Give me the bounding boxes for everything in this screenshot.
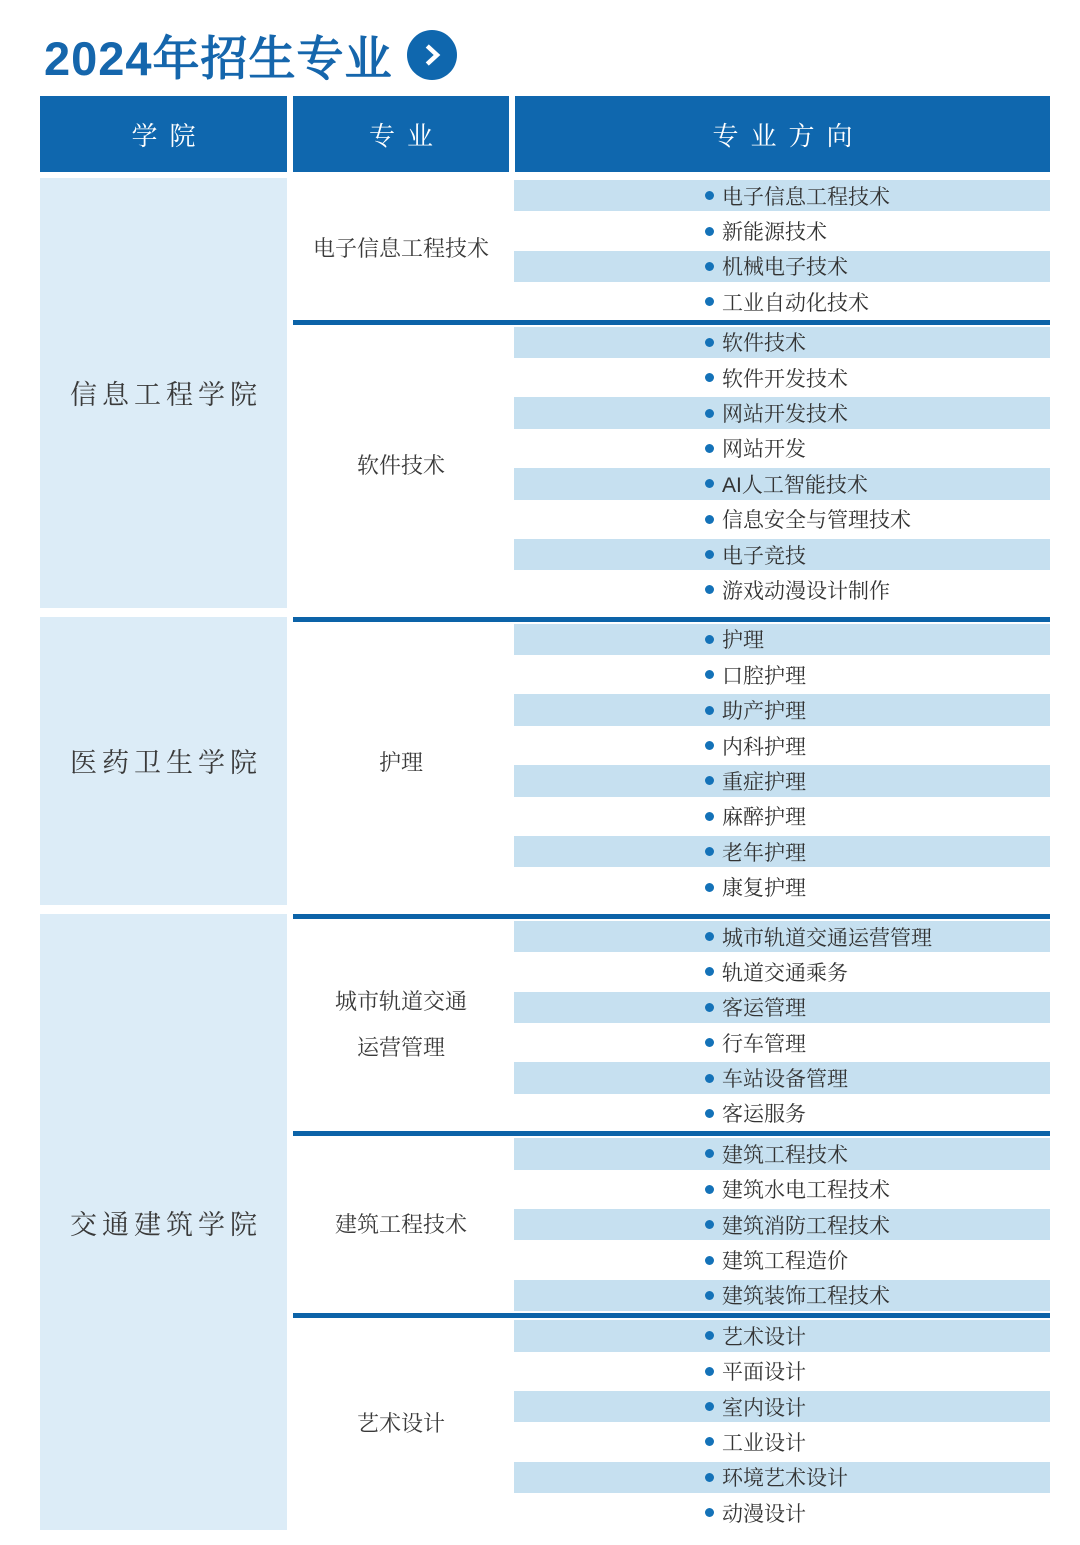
direction-row: 重症护理: [514, 763, 1050, 798]
direction-row: 网站开发技术: [514, 395, 1050, 430]
bullet-icon: [705, 1149, 714, 1158]
direction-row: 康复护理: [514, 869, 1050, 904]
bullet-icon: [705, 1220, 714, 1229]
majors-column: 护理护理口腔护理助产护理内科护理重症护理麻醉护理老年护理康复护理: [293, 617, 1050, 905]
header-direction: 专业方向: [515, 96, 1050, 172]
major-name: 城市轨道交通 运营管理: [293, 919, 509, 1131]
bullet-icon: [705, 1074, 714, 1083]
direction-label: 机械电子技术: [722, 251, 848, 281]
direction-label: 平面设计: [722, 1356, 806, 1386]
direction-label: 口腔护理: [722, 660, 806, 690]
bullet-icon: [705, 297, 714, 306]
bullet-icon: [705, 883, 714, 892]
bullet-icon: [705, 812, 714, 821]
major-block: 艺术设计艺术设计平面设计室内设计工业设计环境艺术设计动漫设计: [293, 1313, 1050, 1530]
direction-row: 游戏动漫设计制作: [514, 572, 1050, 607]
bullet-icon: [705, 262, 714, 271]
direction-label: 建筑装饰工程技术: [722, 1280, 890, 1310]
bullet-icon: [705, 1437, 714, 1446]
direction-list: 电子信息工程技术新能源技术机械电子技术工业自动化技术: [514, 178, 1050, 320]
bullet-icon: [705, 1291, 714, 1300]
bullet-icon: [705, 409, 714, 418]
major-block: 护理护理口腔护理助产护理内科护理重症护理麻醉护理老年护理康复护理: [293, 617, 1050, 905]
major-name: 电子信息工程技术: [293, 178, 509, 320]
direction-row: AI人工智能技术: [514, 466, 1050, 501]
bullet-icon: [705, 670, 714, 679]
majors-column: 城市轨道交通 运营管理城市轨道交通运营管理轨道交通乘务客运管理行车管理车站设备管…: [293, 914, 1050, 1531]
direction-label: 建筑水电工程技术: [722, 1174, 890, 1204]
direction-row: 电子信息工程技术: [514, 178, 1050, 213]
direction-row: 软件开发技术: [514, 360, 1050, 395]
bullet-icon: [705, 776, 714, 785]
direction-label: 艺术设计: [722, 1321, 806, 1351]
bullet-icon: [705, 227, 714, 236]
direction-label: 工业设计: [722, 1427, 806, 1457]
direction-label: 助产护理: [722, 695, 806, 725]
major-name: 艺术设计: [293, 1318, 509, 1530]
direction-label: 客运服务: [722, 1098, 806, 1128]
bullet-icon: [705, 515, 714, 524]
direction-row: 网站开发: [514, 431, 1050, 466]
bullet-icon: [705, 1109, 714, 1118]
bullet-icon: [705, 1367, 714, 1376]
direction-label: 城市轨道交通运营管理: [722, 922, 932, 952]
direction-row: 轨道交通乘务: [514, 954, 1050, 989]
direction-row: 工业设计: [514, 1424, 1050, 1459]
direction-row: 平面设计: [514, 1354, 1050, 1389]
direction-label: 电子信息工程技术: [722, 181, 890, 211]
bullet-icon: [705, 1402, 714, 1411]
direction-label: 康复护理: [722, 872, 806, 902]
direction-row: 艺术设计: [514, 1318, 1050, 1353]
bullet-icon: [705, 550, 714, 559]
direction-label: AI人工智能技术: [722, 469, 868, 499]
direction-list: 软件技术软件开发技术网站开发技术网站开发AI人工智能技术信息安全与管理技术电子竞…: [514, 325, 1050, 608]
direction-label: 老年护理: [722, 837, 806, 867]
bullet-icon: [705, 338, 714, 347]
header-college: 学院: [40, 96, 287, 172]
bullet-icon: [705, 932, 714, 941]
college-name: 医药卫生学院: [40, 617, 287, 905]
direction-row: 电子竞技: [514, 537, 1050, 572]
direction-label: 轨道交通乘务: [722, 957, 848, 987]
page-title: 2024年招生专业: [44, 24, 1050, 86]
direction-row: 内科护理: [514, 728, 1050, 763]
direction-label: 电子竞技: [722, 540, 806, 570]
bullet-icon: [705, 635, 714, 644]
direction-label: 车站设备管理: [722, 1063, 848, 1093]
chevron-right-icon: [407, 30, 457, 80]
direction-label: 动漫设计: [722, 1498, 806, 1528]
direction-label: 护理: [722, 624, 764, 654]
header-major: 专业: [293, 96, 509, 172]
major-name: 软件技术: [293, 325, 509, 608]
direction-row: 工业自动化技术: [514, 284, 1050, 319]
table-body: 信息工程学院电子信息工程技术电子信息工程技术新能源技术机械电子技术工业自动化技术…: [40, 178, 1050, 1530]
direction-row: 老年护理: [514, 834, 1050, 869]
major-block: 软件技术软件技术软件开发技术网站开发技术网站开发AI人工智能技术信息安全与管理技…: [293, 320, 1050, 608]
table-header-row: 学院 专业 专业方向: [40, 96, 1050, 172]
majors-column: 电子信息工程技术电子信息工程技术新能源技术机械电子技术工业自动化技术软件技术软件…: [293, 178, 1050, 608]
direction-list: 护理口腔护理助产护理内科护理重症护理麻醉护理老年护理康复护理: [514, 622, 1050, 905]
direction-row: 行车管理: [514, 1025, 1050, 1060]
major-block: 电子信息工程技术电子信息工程技术新能源技术机械电子技术工业自动化技术: [293, 178, 1050, 320]
bullet-icon: [705, 847, 714, 856]
direction-row: 信息安全与管理技术: [514, 502, 1050, 537]
direction-label: 室内设计: [722, 1392, 806, 1422]
direction-label: 内科护理: [722, 731, 806, 761]
direction-row: 麻醉护理: [514, 799, 1050, 834]
college-group: 交通建筑学院城市轨道交通 运营管理城市轨道交通运营管理轨道交通乘务客运管理行车管…: [40, 914, 1050, 1531]
bullet-icon: [705, 585, 714, 594]
direction-row: 建筑水电工程技术: [514, 1172, 1050, 1207]
direction-label: 信息安全与管理技术: [722, 504, 911, 534]
college-name: 交通建筑学院: [40, 914, 287, 1531]
direction-row: 建筑装饰工程技术: [514, 1278, 1050, 1313]
direction-row: 建筑工程技术: [514, 1136, 1050, 1171]
direction-label: 软件技术: [722, 327, 806, 357]
bullet-icon: [705, 191, 714, 200]
bullet-icon: [705, 1331, 714, 1340]
bullet-icon: [705, 1185, 714, 1194]
direction-row: 助产护理: [514, 692, 1050, 727]
bullet-icon: [705, 706, 714, 715]
direction-label: 建筑工程造价: [722, 1245, 848, 1275]
direction-row: 护理: [514, 622, 1050, 657]
page-title-text: 2024年招生专业: [44, 22, 393, 89]
direction-list: 艺术设计平面设计室内设计工业设计环境艺术设计动漫设计: [514, 1318, 1050, 1530]
direction-row: 客运服务: [514, 1096, 1050, 1131]
direction-label: 麻醉护理: [722, 801, 806, 831]
direction-label: 行车管理: [722, 1028, 806, 1058]
bullet-icon: [705, 1256, 714, 1265]
direction-label: 游戏动漫设计制作: [722, 575, 890, 605]
college-group: 信息工程学院电子信息工程技术电子信息工程技术新能源技术机械电子技术工业自动化技术…: [40, 178, 1050, 608]
bullet-icon: [705, 1508, 714, 1517]
direction-label: 工业自动化技术: [722, 287, 869, 317]
bullet-icon: [705, 967, 714, 976]
direction-list: 城市轨道交通运营管理轨道交通乘务客运管理行车管理车站设备管理客运服务: [514, 919, 1050, 1131]
direction-label: 环境艺术设计: [722, 1462, 848, 1492]
direction-row: 软件技术: [514, 325, 1050, 360]
major-block: 城市轨道交通 运营管理城市轨道交通运营管理轨道交通乘务客运管理行车管理车站设备管…: [293, 914, 1050, 1131]
bullet-icon: [705, 1473, 714, 1482]
bullet-icon: [705, 1038, 714, 1047]
direction-row: 动漫设计: [514, 1495, 1050, 1530]
direction-list: 建筑工程技术建筑水电工程技术建筑消防工程技术建筑工程造价建筑装饰工程技术: [514, 1136, 1050, 1313]
direction-row: 建筑消防工程技术: [514, 1207, 1050, 1242]
bullet-icon: [705, 741, 714, 750]
bullet-icon: [705, 479, 714, 488]
bullet-icon: [705, 1003, 714, 1012]
direction-row: 建筑工程造价: [514, 1242, 1050, 1277]
direction-label: 网站开发: [722, 433, 806, 463]
major-name: 建筑工程技术: [293, 1136, 509, 1313]
direction-label: 新能源技术: [722, 216, 827, 246]
direction-row: 车站设备管理: [514, 1060, 1050, 1095]
direction-row: 城市轨道交通运营管理: [514, 919, 1050, 954]
direction-label: 网站开发技术: [722, 398, 848, 428]
direction-label: 客运管理: [722, 992, 806, 1022]
bullet-icon: [705, 373, 714, 382]
major-block: 建筑工程技术建筑工程技术建筑水电工程技术建筑消防工程技术建筑工程造价建筑装饰工程…: [293, 1131, 1050, 1313]
direction-label: 建筑工程技术: [722, 1139, 848, 1169]
majors-table: 学院 专业 专业方向 信息工程学院电子信息工程技术电子信息工程技术新能源技术机械…: [40, 96, 1050, 1530]
direction-label: 软件开发技术: [722, 363, 848, 393]
direction-row: 新能源技术: [514, 213, 1050, 248]
college-name: 信息工程学院: [40, 178, 287, 608]
direction-row: 口腔护理: [514, 657, 1050, 692]
direction-row: 机械电子技术: [514, 249, 1050, 284]
direction-label: 重症护理: [722, 766, 806, 796]
direction-row: 环境艺术设计: [514, 1460, 1050, 1495]
direction-row: 室内设计: [514, 1389, 1050, 1424]
college-group: 医药卫生学院护理护理口腔护理助产护理内科护理重症护理麻醉护理老年护理康复护理: [40, 617, 1050, 905]
direction-row: 客运管理: [514, 990, 1050, 1025]
major-name: 护理: [293, 622, 509, 905]
bullet-icon: [705, 444, 714, 453]
direction-label: 建筑消防工程技术: [722, 1210, 890, 1240]
enrollment-poster: 2024年招生专业 学院 专业 专业方向 信息工程学院电子信息工程技术电子信息工…: [0, 0, 1080, 1530]
